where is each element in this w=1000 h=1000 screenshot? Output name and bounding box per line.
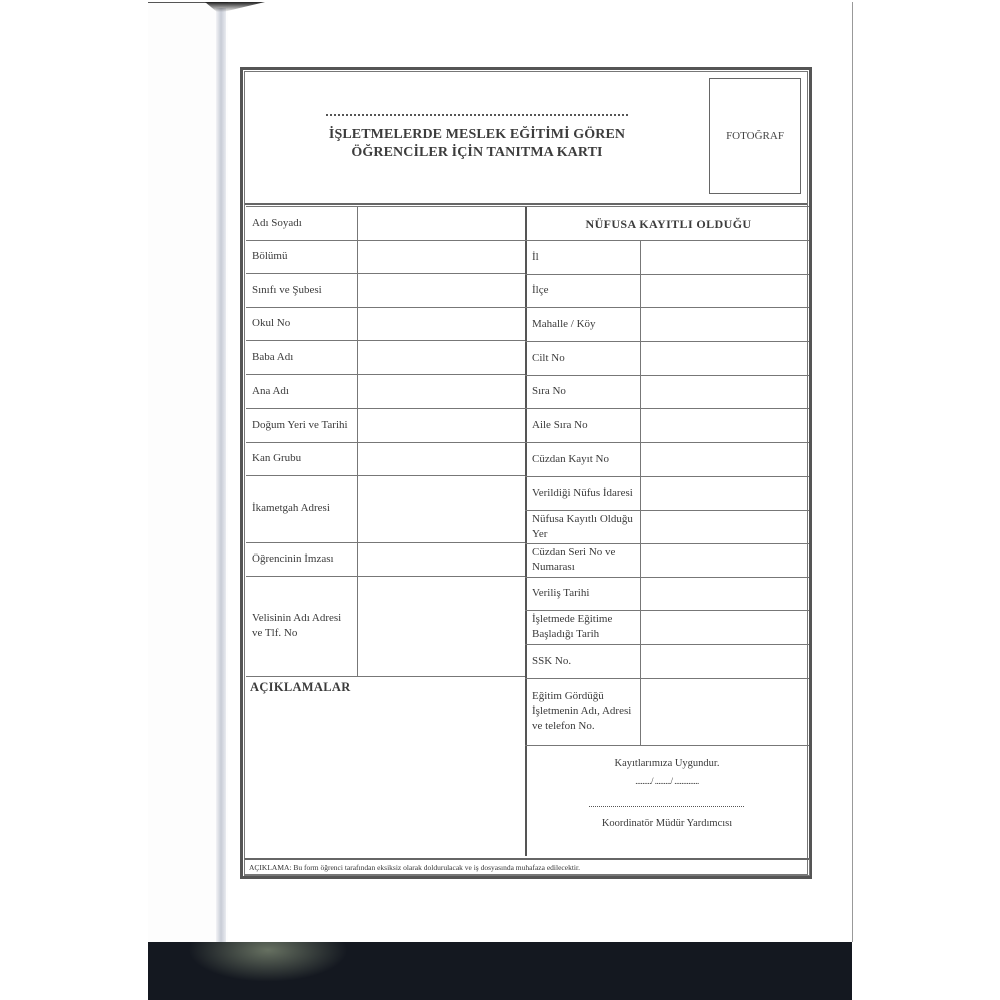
registry-field-input[interactable] [641,241,808,273]
field-input[interactable] [358,308,524,339]
divider [246,676,525,677]
field-label: Adı Soyadı [246,206,357,240]
form-header: İŞLETMELERDE MESLEK EĞİTİMİ GÖREN ÖĞRENC… [245,72,807,202]
field-label: Velisinin Adı Adresi ve Tlf. No [246,576,357,676]
registry-field-input[interactable] [641,342,808,374]
remarks-field[interactable] [246,700,522,854]
field-label: Baba Adı [246,340,357,374]
registry-field-label: Aile Sıra No [526,408,640,442]
field-label: Bölümü [246,240,357,273]
registry-field-input[interactable] [641,645,808,677]
registry-field-label: Verildiği Nüfus İdaresi [526,476,640,510]
remarks-heading: AÇIKLAMALAR [250,680,351,695]
field-label: Doğum Yeri ve Tarihi [246,408,357,442]
field-input[interactable] [358,241,524,272]
field-label: Okul No [246,307,357,340]
registry-field-label: İşletmede Eğitime Başladığı Tarih [526,610,640,644]
registry-field-input[interactable] [641,275,808,306]
registry-field-label: SSK No. [526,644,640,678]
field-input[interactable] [358,443,524,474]
registry-field-input[interactable] [641,443,808,475]
registry-field-label: Eğitim Gördüğü İşletmenin Adı, Adresi ve… [526,678,640,745]
registry-field-input[interactable] [641,376,808,407]
approval-text: Kayıtlarımıza Uygundur. [525,758,809,769]
registry-field-label: Nüfusa Kayıtlı Olduğu Yer [526,510,640,543]
field-label: Kan Grubu [246,442,357,475]
approval-block: Kayıtlarımıza Uygundur. ........./ .....… [525,746,809,856]
registry-section-title: NÜFUSA KAYITLI OLDUĞU [527,208,810,240]
field-input[interactable] [358,207,524,239]
signature-title: Koordinatör Müdür Yardımcısı [525,818,809,829]
school-name-line[interactable] [326,114,628,116]
divider [245,203,807,205]
field-input[interactable] [358,274,524,306]
registry-field-input[interactable] [641,544,808,576]
footnote-label: AÇIKLAMA: [249,863,292,872]
footnote-text: Bu form öğrenci tarafından eksiksiz olar… [293,863,580,872]
divider [525,206,809,207]
registry-field-label: Veriliş Tarihi [526,577,640,610]
registry-field-input[interactable] [641,578,808,609]
background [0,0,148,1000]
footnote: AÇIKLAMA: Bu form öğrenci tarafından eks… [244,858,810,876]
binding-spine [216,8,226,942]
field-input[interactable] [358,375,524,407]
registry-field-label: Sıra No [526,375,640,408]
form-title: İŞLETMELERDE MESLEK EĞİTİMİ GÖREN ÖĞRENC… [295,126,659,162]
field-input[interactable] [358,341,524,373]
registry-field-label: İlçe [526,274,640,307]
field-input[interactable] [358,409,524,441]
registry-field-label: Cüzdan Seri No ve Numarası [526,543,640,577]
registry-field-label: Cilt No [526,341,640,375]
registry-field-input[interactable] [641,477,808,509]
field-label: Öğrencinin İmzası [246,542,357,576]
registry-field-input[interactable] [641,409,808,441]
field-input[interactable] [358,476,524,541]
registry-field-input[interactable] [641,308,808,340]
approval-date-field[interactable]: ........./ ........./ .............. [525,776,809,786]
field-input[interactable] [358,543,524,575]
field-label: İkametgah Adresi [246,475,357,542]
field-label: Ana Adı [246,374,357,408]
field-label: Sınıfı ve Şubesi [246,273,357,307]
registry-field-input[interactable] [641,611,808,643]
registry-field-input[interactable] [641,511,808,542]
scan-background [148,942,852,1000]
registry-field-label: Mahalle / Köy [526,307,640,341]
signature-line[interactable] [589,806,744,807]
registry-field-label: Cüzdan Kayıt No [526,442,640,476]
photo-box[interactable]: FOTOĞRAF [709,78,801,194]
field-input[interactable] [358,577,524,675]
registry-field-label: İl [526,240,640,274]
registry-field-input[interactable] [641,679,808,744]
